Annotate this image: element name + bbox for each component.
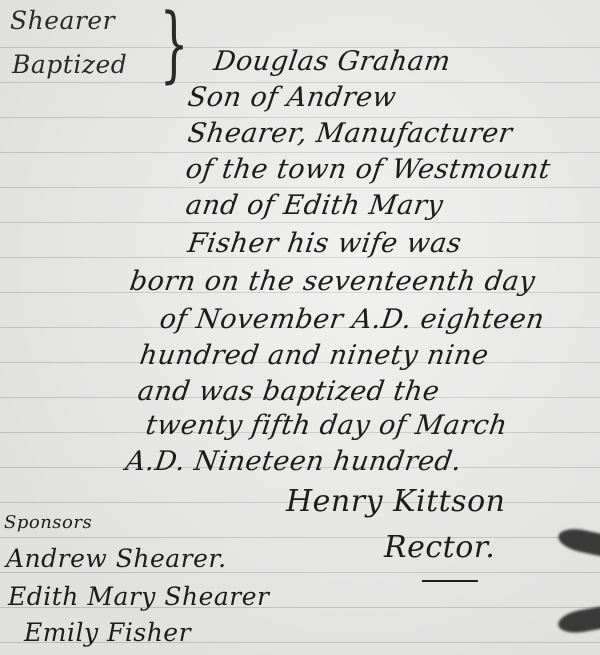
body-line-10: and was baptized the	[136, 376, 442, 407]
signature-underline	[422, 580, 478, 582]
body-line-8: of November A.D. eighteen	[158, 304, 547, 335]
body-line-11: twenty fifth day of March	[144, 410, 510, 441]
margin-entry-type: Baptized	[12, 50, 127, 79]
body-line-12: A.D. Nineteen hundred.	[124, 446, 464, 477]
ink-blot-lower	[556, 606, 600, 636]
body-line-5: and of Edith Mary	[184, 190, 445, 221]
body-line-2: Son of Andrew	[186, 82, 399, 113]
body-line-1: Douglas Graham	[212, 46, 453, 77]
officiant-signature: Henry Kittson	[286, 484, 505, 519]
register-page: Shearer Baptized } Douglas Graham Son of…	[0, 0, 600, 655]
body-line-3: Shearer, Manufacturer	[186, 118, 515, 149]
sponsors-label: Sponsors	[4, 512, 92, 533]
body-line-6: Fisher his wife was	[186, 228, 464, 259]
body-line-7: born on the seventeenth day	[128, 266, 537, 297]
sponsor-1: Andrew Shearer.	[6, 544, 227, 573]
sponsor-2: Edith Mary Shearer	[8, 582, 270, 611]
body-line-4: of the town of Westmount	[184, 154, 553, 185]
brace-icon: }	[160, 4, 189, 86]
officiant-title: Rector.	[384, 530, 495, 565]
sponsor-3: Emily Fisher	[24, 618, 191, 647]
body-line-9: hundred and ninety nine	[138, 340, 491, 371]
margin-surname: Shearer	[10, 6, 115, 35]
ink-blot-upper	[556, 525, 600, 556]
